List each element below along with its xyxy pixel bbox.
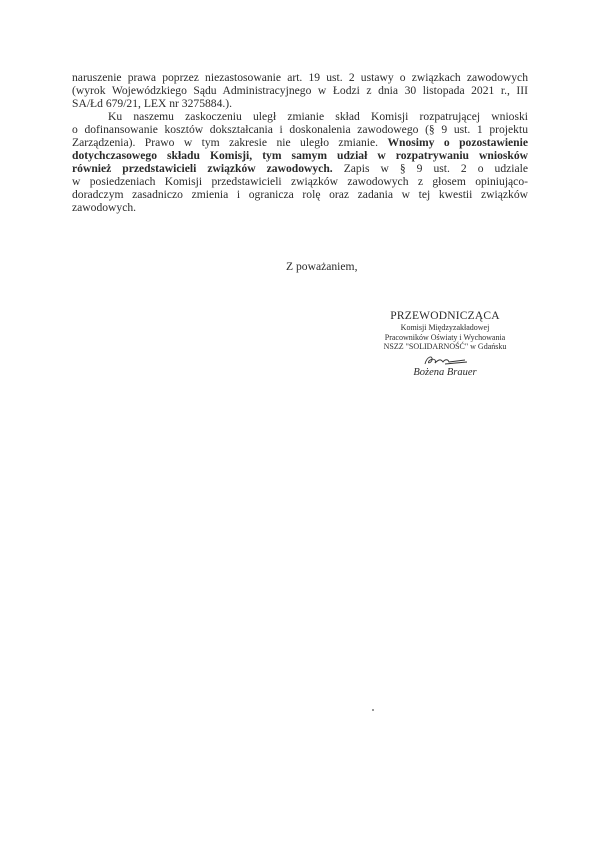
paragraph-2-line-7: doradczym zasadniczo zmienia i ogranicza… <box>72 188 528 201</box>
paragraph-2-line-6: w posiedzeniach Komisji przedstawicieli … <box>72 175 528 188</box>
signature-org-line-2: Pracowników Oświaty i Wychowania <box>370 333 520 343</box>
paragraph-2-line-4: dotychczasowego składu Komisji, tym samy… <box>72 149 528 162</box>
signature-org-line-1: Komisji Międzyzakładowej <box>370 323 520 333</box>
bold-request-text: Wnosimy o pozostawienie <box>387 136 528 149</box>
plain-text: Zapis w § 9 ust. 2 o udziale <box>333 162 528 175</box>
signature-block: PRZEWODNICZĄCA Komisji Międzyzakładowej … <box>370 310 520 378</box>
letter-body: naruszenie prawa poprzez niezastosowanie… <box>72 71 528 215</box>
document-page: naruszenie prawa poprzez niezastosowanie… <box>0 0 595 841</box>
paragraph-2-line-3: Zarządzenia). Prawo w tym zakresie nie u… <box>72 136 528 149</box>
plain-text: Zarządzenia). Prawo w tym zakresie nie u… <box>72 136 387 149</box>
paragraph-2-line-8: zawodowych. <box>72 201 528 214</box>
paragraph-2-line-1: Ku naszemu zaskoczeniu uległ zmianie skł… <box>72 110 528 123</box>
bold-request-text-end: również przedstawicieli związków zawodow… <box>72 162 333 175</box>
paragraph-2-line-5: również przedstawicieli związków zawodow… <box>72 162 528 175</box>
body-line-3: SA/Łd 679/21, LEX nr 3275884.). <box>72 97 528 110</box>
signature-org-line-3: NSZZ "SOLIDARNOŚĆ" w Gdańsku <box>370 342 520 352</box>
handwritten-signature-icon <box>370 353 520 367</box>
scan-speck <box>372 709 374 711</box>
body-line-1: naruszenie prawa poprzez niezastosowanie… <box>72 71 528 84</box>
body-line-2: (wyrok Wojewódzkiego Sądu Administracyjn… <box>72 84 528 97</box>
signature-title: PRZEWODNICZĄCA <box>370 310 520 323</box>
signatory-name: Bożena Brauer <box>370 367 520 378</box>
closing-salutation: Z poważaniem, <box>286 260 357 273</box>
paragraph-2-line-2: o dofinansowanie kosztów dokształcania i… <box>72 123 528 136</box>
